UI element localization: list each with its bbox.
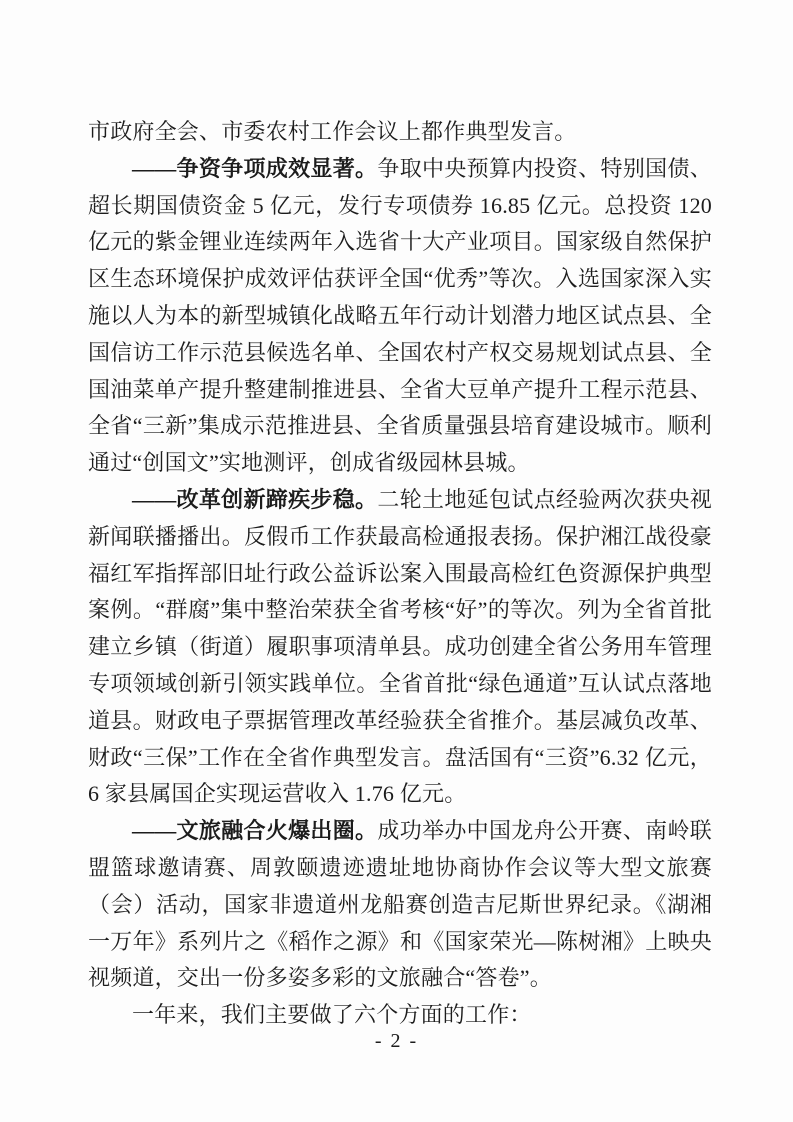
page-number: - 2 -: [0, 1030, 793, 1053]
document-page: 市政府全会、市委农村工作会议上都作典型发言。 ——争资争项成效显著。争取中央预算…: [0, 0, 793, 1122]
paragraph-continuation: 市政府全会、市委农村工作会议上都作典型发言。: [88, 114, 712, 151]
paragraph-text: 一年来，我们主要做了六个方面的工作：: [132, 1002, 532, 1027]
paragraph-section-reform: ——改革创新蹄疾步稳。二轮土地延包试点经验两次获央视新闻联播播出。反假币工作获最…: [88, 482, 712, 813]
section-heading: ——改革创新蹄疾步稳。: [132, 487, 377, 512]
paragraph-text: 二轮土地延包试点经验两次获央视新闻联播播出。反假币工作获最高检通报表扬。保护湘江…: [88, 487, 712, 806]
paragraph-closing: 一年来，我们主要做了六个方面的工作：: [88, 997, 712, 1034]
paragraph-section-culture-tourism: ——文旅融合火爆出圈。成功举办中国龙舟公开赛、南岭联盟篮球邀请赛、周敦颐遗迹遗址…: [88, 813, 712, 997]
paragraph-section-funding: ——争资争项成效显著。争取中央预算内投资、特别国债、超长期国债资金 5 亿元，发…: [88, 151, 712, 482]
page-body-text: 市政府全会、市委农村工作会议上都作典型发言。 ——争资争项成效显著。争取中央预算…: [88, 114, 712, 1034]
section-heading: ——争资争项成效显著。: [132, 156, 377, 181]
section-heading: ——文旅融合火爆出圈。: [132, 818, 377, 843]
paragraph-text: 争取中央预算内投资、特别国债、超长期国债资金 5 亿元，发行专项债券 16.85…: [88, 156, 712, 475]
paragraph-text: 市政府全会、市委农村工作会议上都作典型发言。: [88, 119, 576, 144]
paragraph-text: 成功举办中国龙舟公开赛、南岭联盟篮球邀请赛、周敦颐遗迹遗址地协商协作会议等大型文…: [88, 818, 712, 990]
